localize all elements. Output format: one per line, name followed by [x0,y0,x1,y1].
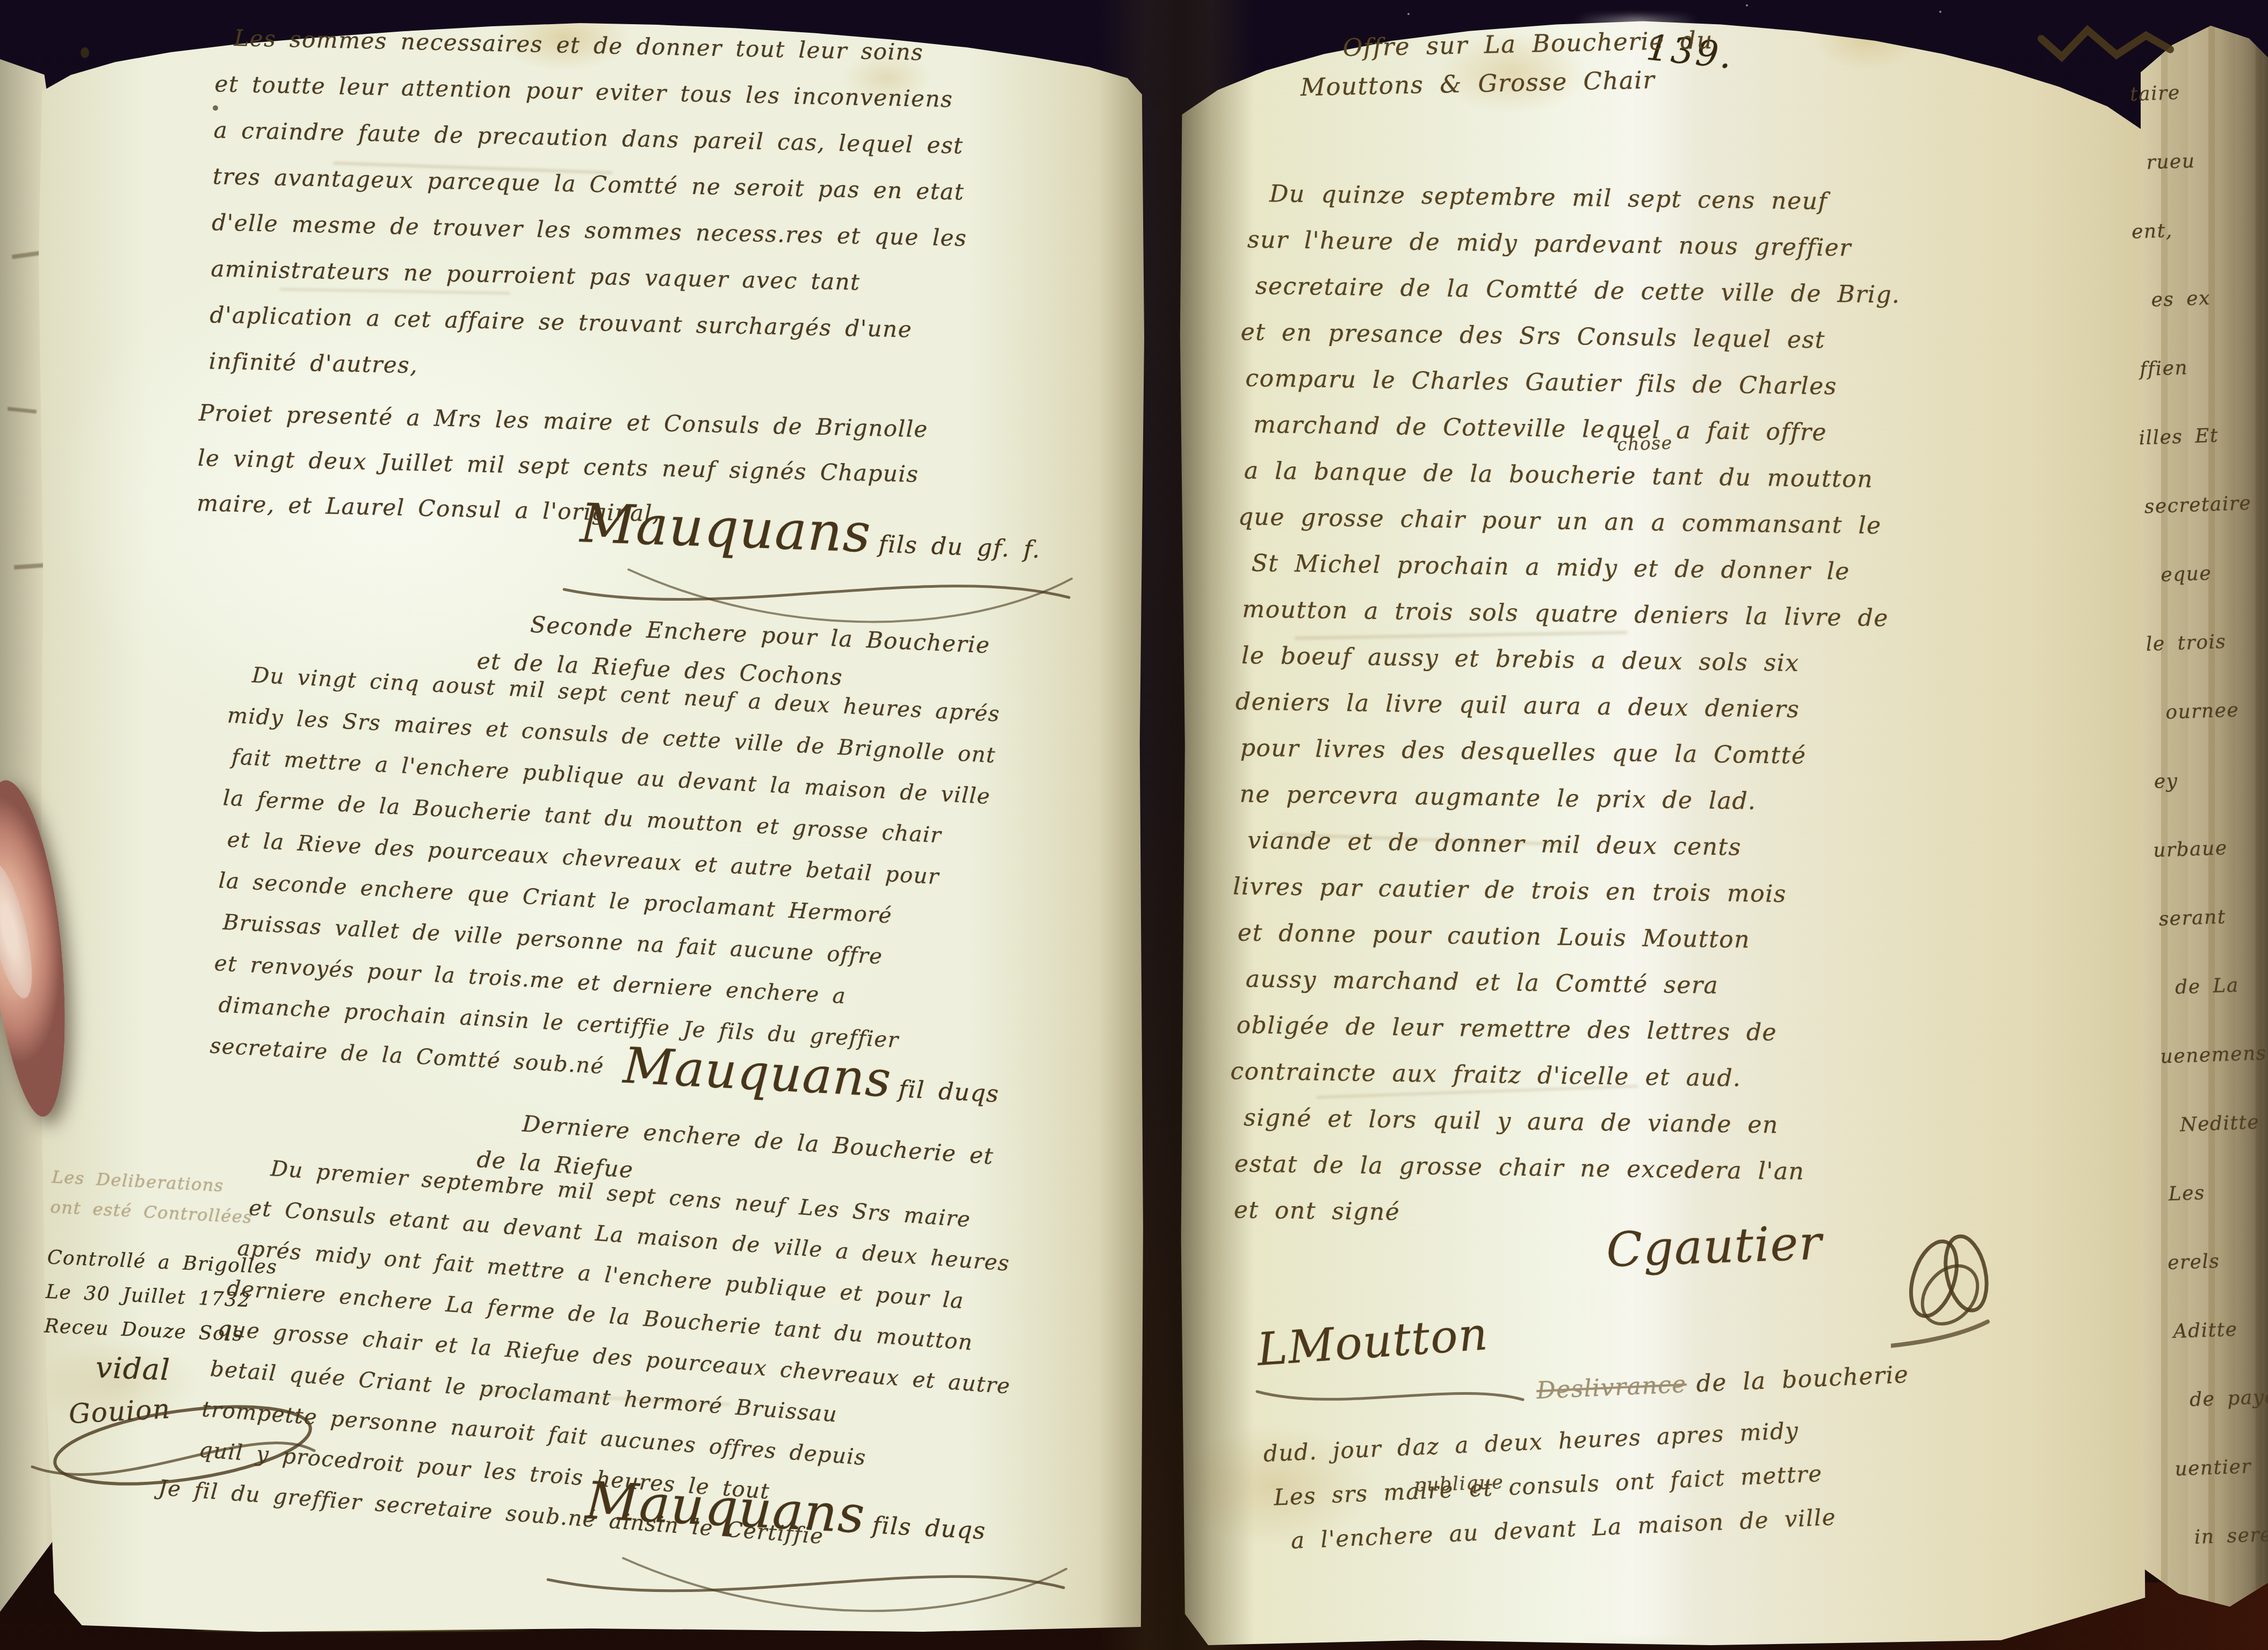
text-line: rueu [2145,125,2246,197]
signature-gautier: Cgautier [1605,1215,1823,1278]
signature-suffix: fils duqs [871,1511,986,1545]
text-line: Du quinze septembre mil sept cens neuf [1269,171,1902,226]
ink-squiggle-mark [2036,12,2186,66]
text-line: signé et lors quil y aura de viande en [1244,1095,1889,1150]
text-line: estat de la grosse chair ne excedera l'a… [1234,1141,1888,1196]
text-line: et donne pour caution Louis Moutton [1237,910,1891,965]
text-line: le trois [2145,607,2263,679]
text-line: viande et de donner mil deux cents [1247,818,1893,873]
text-line: urbaue [2152,812,2268,885]
text-line: Offre sur La Boucherie du [1342,21,1714,67]
text-line: St Michel prochain a midy et de donner l… [1251,541,1897,596]
text-line: uenemens [2159,1019,2268,1091]
interline-insert: publique [1413,1472,1504,1496]
dust-speck [1939,11,1941,13]
paragraph-offre: Du quinze septembre mil sept cens neufsu… [1233,171,1902,1243]
text-line: marchand de Cotteville lequel a fait off… [1253,402,1899,457]
paraph-flourish [21,1386,322,1504]
signature-vidal: vidal [95,1351,171,1387]
text-line: Aditte [2172,1294,2268,1366]
interline-insert: chose [1616,432,1673,455]
text-line: uentier [2173,1431,2268,1504]
page-title: Offre sur La Boucherie duMouttons & Gros… [1342,21,1715,106]
text-line: secretaire [2143,469,2258,542]
text-line: es ex [2150,263,2251,335]
text-line: de La [2174,950,2268,1022]
text-line: Les [2167,1156,2268,1229]
text-line: ournee [2164,675,2265,747]
text-line: pour livres des desquelles que la Comtté [1240,725,1894,781]
text-line: de payer [2188,1363,2268,1435]
text-line: moutton a trois sols quatre deniers la l… [1242,587,1896,642]
text-line: serant [2158,881,2268,954]
dust-speck [1746,4,1748,6]
text-line: ey [2153,744,2268,816]
paragraph-conclusion: Les sommes necessaires et de donner tout… [208,15,971,400]
text-line: sur l'heure de midy pardevant nous greff… [1247,217,1901,272]
margin-note-controle: Controllé a BrigollesLe 30 Juillet 1732R… [44,1241,278,1354]
text-line: obligée de leur remettre des lettres de [1236,1002,1890,1057]
text-line: aussy marchand et la Comtté sera [1245,956,1891,1012]
signature-suffix: fils du gf. f. [878,530,1042,564]
text-line: ent, [2130,194,2249,266]
text-line: le boeuf aussy et brebis a deux sols six [1241,633,1896,688]
text-line: comparu le Charles Gautier fils de Charl… [1245,356,1899,411]
text-line: erels [2166,1225,2268,1298]
text-line: Neditte [2179,1087,2268,1159]
text-line: illes Et [2137,400,2256,473]
text-line: eque [2159,538,2260,610]
manuscript-photo: Les sommes necessaires et de donner tout… [0,0,2268,1650]
signature-suffix: fil duqs [898,1076,1000,1108]
finger-nail [0,859,41,1001]
paragraph-deslivrance: dud. jour daz a deux heures apres midyLe… [1262,1407,1837,1564]
margin-note-faded: Les Deliberationsont esté Controllées [49,1162,255,1233]
text-line: in sere [2193,1500,2268,1572]
paragraph-seconde-enchere: Du vingt cinq aoust mil sept cent neuf a… [215,654,1001,1107]
signature-name: Mauquans [579,492,872,565]
text-line: a la banque de la boucherie tant du mout… [1244,448,1898,503]
signature-knot-flourish [1891,1220,2052,1370]
text-line: ffien [2139,332,2253,404]
text-line: secretaire de la Comtté de cette ville d… [1255,263,1901,319]
ink-blot [81,47,89,58]
text-line: taire [2129,56,2244,129]
dust-speck [1407,13,1410,15]
signature-flourish [543,1547,1080,1633]
text-line: ne percevra augmante le prix de lad. [1239,771,1894,826]
signature-flourish [1252,1375,1531,1418]
